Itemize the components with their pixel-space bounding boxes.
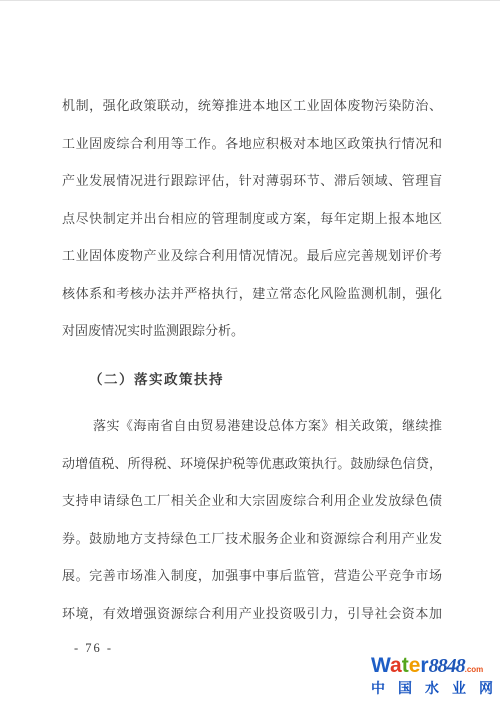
tagline-char: 中	[371, 682, 385, 698]
logo-letter: r	[420, 654, 428, 677]
paragraph-line: 对固废情况实时监测跟踪分析。	[62, 312, 442, 350]
paragraph-line: 环境，有效增强资源综合利用产业投资吸引力，引导社会资本加	[62, 595, 442, 633]
logo-word-water: Water	[371, 654, 429, 677]
paragraph-line: 机制，强化政策联动，统筹推进本地区工业固体废物污染防治、	[62, 87, 442, 125]
paragraph-line: 工业固废综合利用等工作。各地应积极对本地区政策执行情况和	[62, 125, 442, 163]
paragraph-line: 点尽快制定并出台相应的管理制度或方案，每年定期上报本地区	[62, 200, 442, 238]
section-heading: （二）落实政策扶持	[62, 361, 442, 399]
logo-letter: e	[409, 654, 421, 677]
paragraph-line: 动增值税、所得税、环境保护税等优惠政策执行。鼓励绿色信贷，	[62, 445, 442, 483]
paragraph-line: 产业发展情况进行跟踪评估，针对薄弱环节、滞后领域、管理盲	[62, 162, 442, 200]
body-text: 机制，强化政策联动，统筹推进本地区工业固体废物污染防治、 工业固废综合利用等工作…	[62, 1, 442, 632]
tagline-char: 水	[425, 682, 439, 698]
page-number: - 76 -	[74, 641, 113, 656]
tagline-char: 业	[452, 682, 466, 698]
logo-letter: a	[390, 654, 402, 677]
tagline-char: 国	[398, 682, 412, 698]
paragraph-line: 核体系和考核办法并严格执行，建立常态化风险监测机制，强化	[62, 275, 442, 313]
logo-wordmark: Water8848.com	[371, 655, 493, 680]
paragraph-line: 工业固体废物产业及综合利用情况情况。最后应完善规划评价考	[62, 237, 442, 275]
paragraph-line: 展。完善市场准入制度，加强事中事后监管，营造公平竞争市场	[62, 557, 442, 595]
logo-number: 8848	[429, 655, 465, 677]
logo-tld: .com	[465, 665, 484, 674]
document-page: 机制，强化政策联动，统筹推进本地区工业固体废物污染防治、 工业固废综合利用等工作…	[0, 0, 500, 708]
logo-tagline: 中 国 水 业 网	[371, 682, 493, 698]
logo-letter: t	[402, 654, 409, 677]
paragraph-line: 支持申请绿色工厂相关企业和大宗固废综合利用企业发放绿色债	[62, 482, 442, 520]
paragraph-line: 券。鼓励地方支持绿色工厂技术服务企业和资源综合利用产业发	[62, 520, 442, 558]
logo-letter: W	[371, 654, 390, 677]
paragraph-line: 落实《海南省自由贸易港建设总体方案》相关政策，继续推	[62, 407, 442, 445]
tagline-char: 网	[479, 682, 493, 698]
water8848-logo: Water8848.com 中 国 水 业 网	[371, 655, 493, 698]
